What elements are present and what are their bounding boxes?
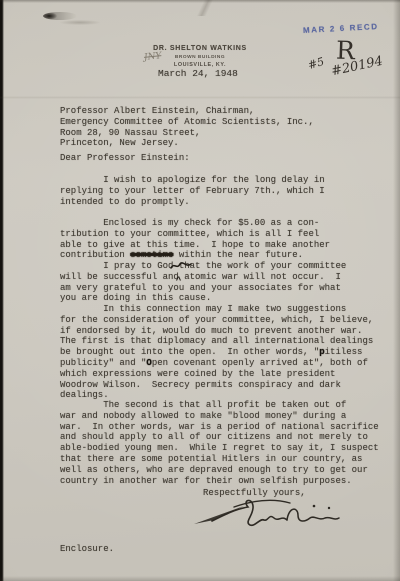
struck-out-word: sometime — [130, 250, 173, 260]
scan-edge-right — [393, 0, 400, 581]
signature — [192, 494, 342, 538]
paragraph-4: In this connection may I make two sugges… — [60, 304, 373, 401]
handwritten-pencil-note: JNY — [144, 51, 162, 63]
scan-edge-bottom — [0, 576, 400, 581]
paragraph-2-text-end: within the near future. — [173, 250, 303, 260]
scan-edge-left — [0, 0, 4, 581]
ink-smudge-faint — [60, 20, 100, 25]
paragraph-2: Enclosed is my check for $5.00 as a con-… — [60, 218, 330, 261]
letter-scan: DR. SHELTON WATKINS BROWN BUILDING LOUIS… — [0, 0, 400, 581]
salutation: Dear Professor Einstein: — [60, 153, 190, 164]
letter-date: March 24, 1948 — [158, 69, 238, 80]
ink-smudge — [43, 12, 77, 20]
received-date-stamp: MAR 2 6 RECD — [303, 22, 379, 35]
handwritten-insertion-scribble — [170, 261, 192, 271]
paper-fold-line — [0, 96, 400, 99]
paragraph-3: I pray to God that the work of your comm… — [60, 261, 346, 304]
handwritten-number-5: #5 — [307, 55, 326, 72]
paragraph-5: The second is that all profit be taken o… — [60, 400, 379, 486]
recipient-address: Professor Albert Einstein, Chairman, Eme… — [60, 106, 314, 149]
paper-crease — [150, 0, 260, 16]
enclosure-note: Enclosure. — [60, 544, 114, 555]
paragraph-1: I wish to apologize for the long delay i… — [60, 175, 325, 207]
